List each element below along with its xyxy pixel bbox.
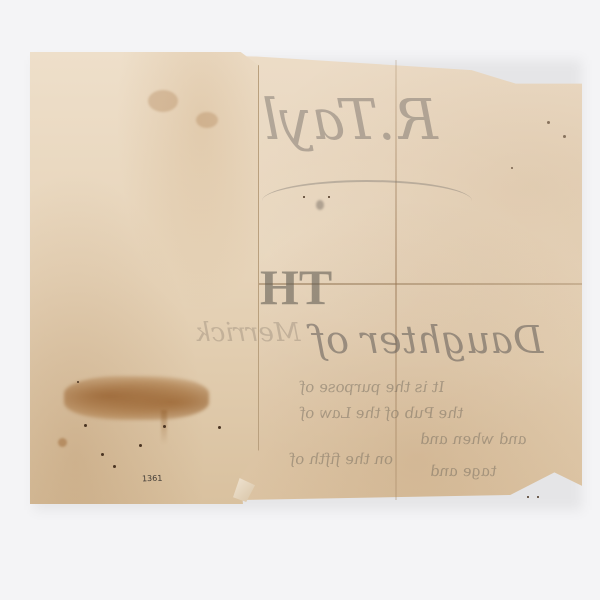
ink-speck [139,444,142,447]
ink-speck [101,453,104,456]
ink-speck [563,135,566,138]
ink-speck [303,196,305,198]
ink-speck [328,196,330,198]
ink-speck [527,496,529,498]
bleed-through-heading: TH [260,258,332,316]
bleed-through-body-line: on the fifth of [287,450,396,468]
ink-speck [113,465,116,468]
ink-speck [547,121,550,124]
folded-flap [30,52,259,504]
stain-spot [196,112,218,128]
ink-speck [163,425,166,428]
bleed-through-body-line: tage and [427,462,499,480]
flap-faint-writing: Merrick [195,318,301,348]
brown-stain [64,376,209,420]
stain-spot [58,438,67,447]
ink-speck [77,381,79,383]
ink-speck [511,167,513,169]
bleed-through-body-line: and when and [417,430,530,448]
bleed-through-flourish [262,180,472,222]
stain-spot [316,200,324,210]
ink-speck [218,426,221,429]
stain-spot [148,90,178,112]
photo-scene: R.Tayl TH Daughter of It is the purpose … [0,0,600,600]
bleed-through-script-line: Daughter of [312,318,543,362]
bleed-through-title-script: R.Tayl [262,88,438,153]
ink-speck [84,424,87,427]
ink-speck [537,496,539,498]
catalog-number: 1361 [142,474,163,484]
bleed-through-body-line: the Pub of the Law of [297,404,466,422]
bleed-through-body-line: It is the purpose of [297,378,447,396]
